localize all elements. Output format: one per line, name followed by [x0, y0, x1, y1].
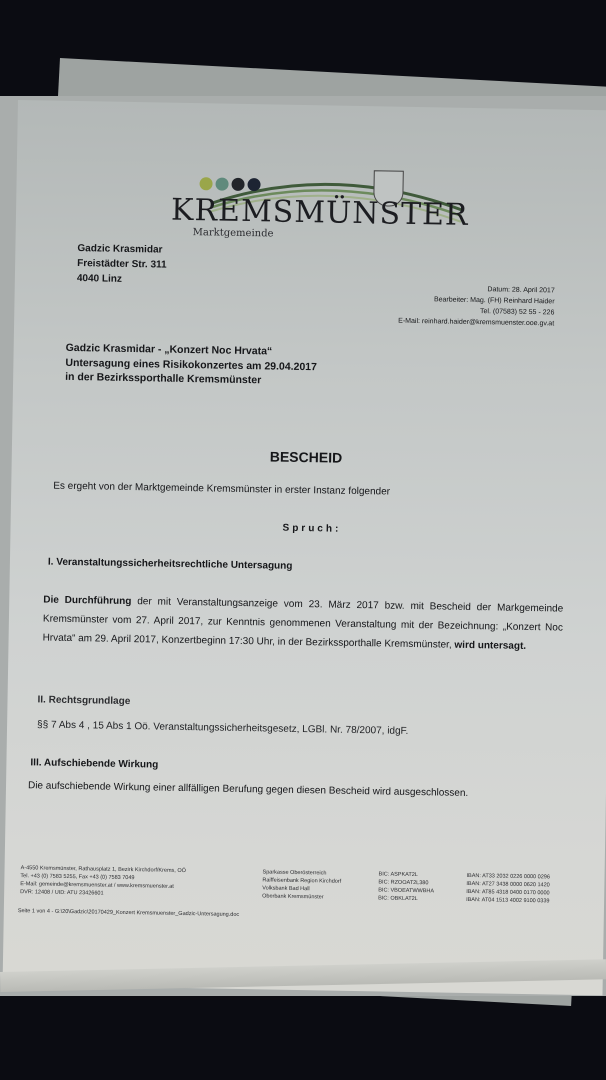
logo-dot	[247, 178, 260, 191]
logo-subtitle: Marktgemeinde	[193, 227, 274, 239]
section-heading: I. Veranstaltungssicherheitsrechtliche U…	[48, 557, 293, 572]
subject-block: Gadzic Krasmidar - „Konzert Noc Hrvata“ …	[65, 341, 317, 389]
ruling-tail: wird untersagt.	[454, 640, 526, 652]
footer-line: Oberbank Kremsmünster	[262, 892, 341, 901]
logo-dot	[231, 178, 244, 191]
legal-basis-text: §§ 7 Abs 4 , 15 Abs 1 Oö. Veranstaltungs…	[37, 719, 408, 736]
sender-meta: Datum: 28. April 2017 Bearbeiter: Mag. (…	[354, 282, 555, 329]
footer-line: IBAN: AT04 1513 4002 9100 0339	[466, 896, 550, 905]
recipient-street: Freistädter Str. 311	[77, 256, 167, 273]
section-heading: III. Aufschiebende Wirkung	[30, 757, 158, 770]
recipient-name: Gadzic Krasmidar	[77, 241, 167, 258]
recipient-address: Gadzic Krasmidar Freistädter Str. 311 40…	[77, 241, 167, 288]
logo-dot	[199, 177, 212, 190]
footer-ibans: IBAN: AT33 2032 0226 0000 0296 IBAN: AT2…	[466, 872, 550, 905]
municipality-logo: KREMSMÜNSTER Marktgemeinde	[170, 165, 471, 250]
page-info: Seite 1 von 4 - G:\20\Gadzic\20170429_Ko…	[18, 908, 239, 918]
logo-dots	[199, 177, 260, 191]
meta-email: E-Mail: reinhard.haider@kremsmuenster.oo…	[354, 315, 554, 329]
ruling-lead: Die Durchführung	[43, 595, 131, 608]
section-heading: II. Rechtsgrundlage	[37, 694, 130, 707]
document-page: KREMSMÜNSTER Marktgemeinde Gadzic Krasmi…	[3, 100, 606, 995]
intro-text: Es ergeht von der Marktgemeinde Kremsmün…	[53, 481, 390, 498]
document-title: BESCHEID	[270, 448, 343, 465]
footer-line: BIC: OBKLAT2L	[378, 894, 434, 903]
logo-dot	[215, 177, 228, 190]
suspensive-effect-text: Die aufschiebende Wirkung einer allfälli…	[28, 780, 468, 799]
ruling-heading: Spruch:	[282, 523, 341, 535]
footer-banks: Sparkasse Oberösterreich Raiffeisenbank …	[262, 868, 341, 901]
footer-address: A-4550 Kremsmünster, Rathausplatz 1, Bez…	[20, 864, 186, 899]
ruling-paragraph: Die Durchführung der mit Veranstaltungsa…	[42, 591, 563, 657]
recipient-city: 4040 Linz	[77, 271, 167, 288]
footer-bics: BIC: ASPKAT2L BIC: RZOOAT2L380 BIC: VBOE…	[378, 870, 434, 903]
